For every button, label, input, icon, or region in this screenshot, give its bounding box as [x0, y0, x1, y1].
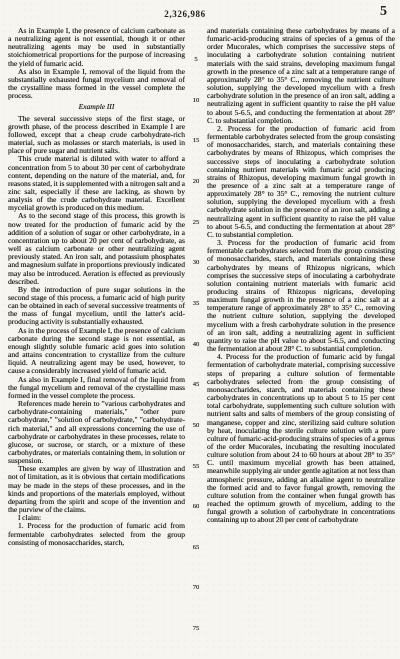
paragraph: These examples are given by way of illus…	[8, 465, 185, 514]
paragraph: 3. Process for the production of fumaric…	[207, 239, 395, 353]
line-number: 35	[185, 300, 207, 308]
paragraph: The several successive steps of the firs…	[8, 115, 185, 156]
line-number: 65	[185, 544, 207, 552]
line-number: 60	[185, 503, 207, 511]
patent-page: 2,326,986 5 As in Example I, the presenc…	[0, 0, 400, 659]
paragraph: As also in Example I, final removal of t…	[8, 376, 185, 400]
paragraph: As in the process of Example I, the pres…	[8, 327, 185, 376]
paragraph: As to the second stage of this process, …	[8, 212, 185, 285]
line-number-gutter: 5 10 15 20 25 30 35 40 45 50 55 60 65 70…	[185, 0, 207, 659]
line-number: 70	[185, 584, 207, 592]
paragraph: 2. Process for the production of fumaric…	[207, 125, 395, 239]
line-number: 75	[185, 625, 207, 633]
line-number: 55	[185, 463, 207, 471]
line-number: 30	[185, 259, 207, 267]
line-number: 5	[185, 56, 207, 64]
paragraph: This crude material is diluted with wate…	[8, 155, 185, 212]
page-number: 5	[380, 4, 387, 20]
paragraph: References made herein to "various carbo…	[8, 400, 185, 465]
right-text-column: and materials containing these carbohydr…	[207, 27, 395, 651]
line-number: 15	[185, 137, 207, 145]
paragraph: and materials containing these carbohydr…	[207, 27, 395, 125]
paragraph: Example III	[8, 103, 185, 111]
line-number: 40	[185, 341, 207, 349]
line-number: 10	[185, 97, 207, 105]
paragraph: As in Example I, the presence of calcium…	[8, 27, 185, 68]
paragraph: By the introduction of pure sugar soluti…	[8, 286, 185, 327]
line-number: 20	[185, 178, 207, 186]
line-number: 45	[185, 381, 207, 389]
paragraph: As also in Example I, removal of the liq…	[8, 68, 185, 101]
line-number: 50	[185, 422, 207, 430]
paragraph: 4. Process for the production of fumaric…	[207, 353, 395, 524]
paragraph: 1. Process for the production of fumaric…	[8, 522, 185, 546]
line-number: 25	[185, 219, 207, 227]
left-text-column: As in Example I, the presence of calcium…	[8, 27, 185, 651]
